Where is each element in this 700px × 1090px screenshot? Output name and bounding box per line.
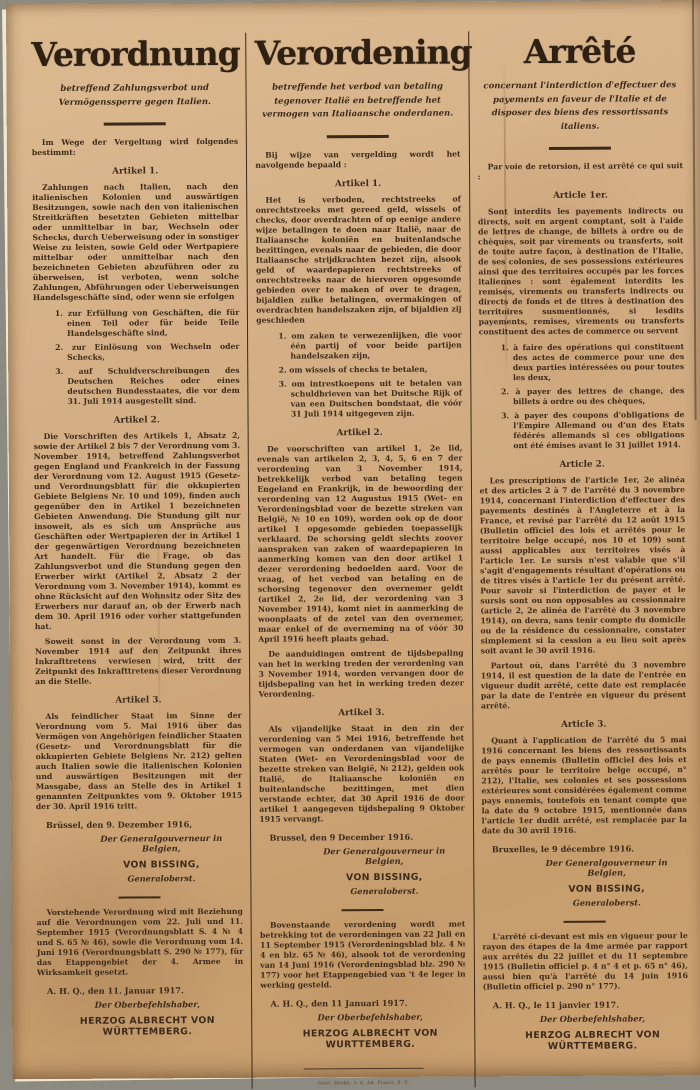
three-column-layout: Verordnung betreffend Zahlungsverbot und… (6, 0, 700, 1070)
article-1-list: 1. à faire des opérations qui constituen… (479, 342, 685, 451)
commander-name: HERZOG ALBRECHT VON WÜRTTEMBERG. (51, 1015, 243, 1038)
governor-name: VON BISSING, (80, 859, 242, 871)
list-item: 1. à faire des opérations qui constituen… (501, 342, 685, 383)
article-2-body: Partout où, dans l'arrêté du 3 novembre … (481, 660, 687, 711)
governor-rank: Generaloberst. (304, 885, 465, 896)
closing-paragraph: L'arrêté ci-devant est mis en vigueur po… (482, 931, 688, 992)
commander-title: Der Oberbefehlshaber, (275, 1011, 466, 1022)
commander-title: Der Oberbefehlshaber, (51, 999, 243, 1010)
article-1-body: Het is verboden, rechtstreeks of onrecht… (256, 194, 462, 325)
list-item: 2. à payer des lettres de change, des bi… (501, 386, 684, 407)
article-3-body: Als feindlicher Staat im Sinne der Veror… (35, 711, 242, 812)
hq-date-line: A. H. Q., den 11. Januar 1917. (37, 985, 243, 996)
commander-title: Der Oberbefehlshaber, (497, 1013, 688, 1024)
intro-paragraph: Im Wege der Vergeltung wird folgendes be… (32, 137, 238, 158)
column-german: Verordnung betreffend Zahlungsverbot und… (23, 33, 252, 1070)
article-3-body: Als vijandelijke Staat in den zin der ve… (259, 723, 465, 824)
divider-rule (564, 921, 606, 923)
list-item: 2. zur Einlösung von Wechseln oder Schec… (55, 342, 239, 363)
article-1-list: 1. om zaken te verwezenlijken, die voor … (256, 330, 462, 419)
article-3-heading: Article 3. (481, 719, 686, 730)
article-2-body: De aanduidingen omtrent de tijdsbepaling… (258, 648, 464, 699)
subtitle-dutch: betreffende het verbod van betaling tege… (257, 80, 459, 122)
governor-title: Der Generalgouverneur in Belgien, (303, 845, 464, 866)
list-item: 3. auf Schuldverschreibungen des Deutsch… (55, 366, 240, 407)
subtitle-french: concernant l'interdiction d'effectuer de… (479, 79, 681, 135)
article-1-list: 1. zur Erfüllung von Geschäften, die für… (33, 308, 240, 407)
article-2-heading: Artikel 2. (257, 427, 462, 438)
hq-date-line: A. H. Q., den 11 Januari 1917. (260, 997, 465, 1008)
governor-title: Der Generalgouverneur in Belgien, (526, 857, 687, 878)
article-2-body: De voorschriften van artikel 1, 2e lid, … (257, 443, 464, 644)
article-2-body: Die Vorschriften des Artikels 1, Absatz … (34, 431, 242, 632)
commander-signature-block: Der Oberbefehlshaber, HERZOG ALBRECHT VO… (261, 1011, 467, 1050)
article-3-body: Quant à l'application de l'arrêté du 5 m… (481, 735, 687, 836)
closing-paragraph: Vorstehende Verordnung wird mit Beziehun… (37, 907, 244, 978)
divider-rule (549, 147, 611, 150)
governor-rank: Generaloberst. (80, 873, 242, 884)
article-1-heading: Article 1er. (478, 190, 683, 201)
commander-name: HERZOG ALBRECHT VON WÜRTTEMBERG. (497, 1029, 688, 1052)
page-title-dutch: Verordening (255, 35, 461, 69)
poster-paper: Verordnung betreffend Zahlungsverbot und… (6, 0, 700, 1070)
divider-rule (119, 897, 161, 899)
governor-signature-block: Der Generalgouverneur in Belgien, VON BI… (482, 857, 688, 908)
intro-paragraph: Par voie de retorsion, il est arrêté ce … (478, 162, 683, 183)
article-2-heading: Article 2. (479, 459, 684, 470)
place-date-line: Brüssel, den 9. Dezember 1916, (36, 819, 242, 830)
governor-name: VON BISSING, (304, 871, 465, 883)
governor-signature-block: Der Generalgouverneur in Belgien, VON BI… (259, 845, 465, 896)
list-item: 3. om intrestkoepons uit te betalen van … (279, 378, 463, 419)
subtitle-german: betreffend Zahlungsverbot und Vermögenss… (33, 82, 235, 110)
article-2-body: Les prescriptions de l'article 1er, 2e a… (480, 475, 686, 656)
commander-signature-block: Der Oberbefehlshaber, HERZOG ALBRECHT VO… (483, 1013, 689, 1052)
article-1-body: Sont interdits les payements indirects o… (478, 206, 684, 337)
article-3-heading: Artikel 3. (259, 707, 464, 718)
article-1-heading: Artikel 1. (32, 166, 238, 177)
closing-paragraph: Bovenstaande verordening wordt met betre… (260, 919, 466, 990)
governor-signature-block: Der Generalgouverneur in Belgien, VON BI… (36, 833, 243, 884)
divider-rule (327, 135, 389, 138)
article-1-body: Zahlungen nach Italien, nach den italien… (32, 182, 239, 303)
article-1-heading: Artikel 1. (255, 178, 460, 189)
governor-title: Der Generalgouverneur in Belgien, (80, 833, 242, 854)
intro-paragraph: Bij wijze van vergelding wordt het navol… (255, 149, 460, 170)
article-2-heading: Artikel 2. (34, 415, 240, 426)
governor-rank: Generaloberst. (526, 897, 687, 908)
governor-name: VON BISSING, (526, 883, 687, 895)
page-title-french: Arrêté (477, 34, 683, 68)
list-item: 1. zur Erfüllung von Geschäften, die für… (55, 308, 240, 339)
commander-name: HERZOG ALBRECHT VON WURTTEMBERG. (275, 1027, 466, 1050)
article-3-heading: Artikel 3. (35, 695, 241, 706)
commander-signature-block: Der Oberbefehlshaber, HERZOG ALBRECHT VO… (37, 999, 244, 1038)
column-french: Arrêté concernant l'interdiction d'effec… (468, 30, 697, 1070)
divider-rule (104, 122, 166, 125)
divider-rule (342, 909, 384, 911)
list-item: 3. à payer des coupons d'obligations de … (501, 410, 685, 451)
page-title-german: Verordnung (31, 37, 238, 71)
list-item: 2. om wissels of checks te betalen, (279, 364, 462, 375)
place-date-line: Bruxelles, le 9 décembre 1916. (482, 843, 687, 854)
list-item: 1. om zaken te verwezenlijken, die voor … (278, 330, 462, 361)
column-dutch: Verordening betreffende het verbod van b… (246, 31, 475, 1070)
article-2-body: Soweit sonst in der Verordnung vom 3. No… (35, 636, 242, 687)
hq-date-line: A. H. Q., le 11 janvier 1917. (483, 999, 688, 1010)
place-date-line: Brussel, den 9 December 1916. (259, 831, 464, 842)
